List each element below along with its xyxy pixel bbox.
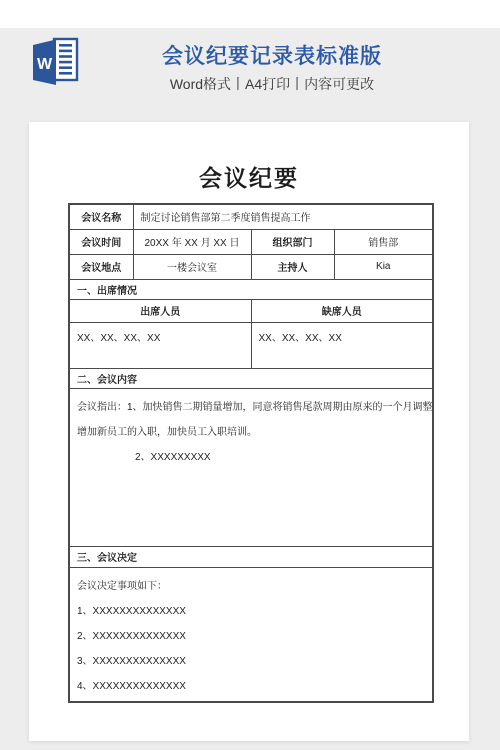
- table-row: 会议决定事项如下： 1、XXXXXXXXXXXXXX 2、XXXXXXXXXXX…: [69, 567, 433, 702]
- table-row: 会议名称 制定讨论销售部第二季度销售提高工作: [69, 204, 433, 229]
- meeting-time-label: 会议时间: [69, 229, 133, 254]
- page-title: 会议纪要记录表标准版: [0, 40, 500, 70]
- table-row: XX、XX、XX、XX XX、XX、XX、XX: [69, 322, 433, 368]
- section-heading-row: 一、出席情况: [69, 279, 433, 299]
- content-line: 会议指出：1、加快销售二期销量增加，同意将销售尾款周期由原来的一个月调整至两个月…: [77, 395, 425, 420]
- meeting-place-label: 会议地点: [69, 254, 133, 279]
- table-row: 会议时间 20XX 年 XX 月 XX 日 组织部门 销售部: [69, 229, 433, 254]
- host-value: Kia: [334, 254, 433, 279]
- content-cell: 会议指出：1、加快销售二期销量增加，同意将销售尾款周期由原来的一个月调整至两个月…: [69, 388, 433, 546]
- absent-value: XX、XX、XX、XX: [251, 322, 433, 368]
- attendance-section-heading: 一、出席情况: [69, 279, 433, 299]
- host-label: 主持人: [251, 254, 334, 279]
- decision-item: 3、XXXXXXXXXXXXXX: [77, 649, 425, 674]
- org-dept-value: 销售部: [334, 229, 433, 254]
- section-heading-row: 二、会议内容: [69, 368, 433, 388]
- decision-item: 4、XXXXXXXXXXXXXX: [77, 674, 425, 699]
- top-white-strip: [0, 0, 500, 28]
- template-preview: W 会议纪要记录表标准版 Word格式丨A4打印丨内容可更改 会议纪要 会议名称…: [0, 0, 500, 750]
- section-heading-row: 三、会议决定: [69, 546, 433, 567]
- meeting-name-label: 会议名称: [69, 204, 133, 229]
- org-dept-label: 组织部门: [251, 229, 334, 254]
- decision-section-heading: 三、会议决定: [69, 546, 433, 567]
- meeting-minutes-table: 会议名称 制定讨论销售部第二季度销售提高工作 会议时间 20XX 年 XX 月 …: [68, 203, 434, 703]
- present-value: XX、XX、XX、XX: [69, 322, 251, 368]
- meeting-place-value: 一楼会议室: [133, 254, 251, 279]
- content-line: 增加新员工的入职，加快员工入职培训。: [77, 420, 425, 445]
- decision-cell: 会议决定事项如下： 1、XXXXXXXXXXXXXX 2、XXXXXXXXXXX…: [69, 567, 433, 702]
- document-title: 会议纪要: [29, 160, 469, 193]
- absent-header: 缺席人员: [251, 299, 433, 322]
- decision-item: 1、XXXXXXXXXXXXXX: [77, 599, 425, 624]
- page-subtitle: Word格式丨A4打印丨内容可更改: [0, 74, 500, 94]
- meeting-name-value: 制定讨论销售部第二季度销售提高工作: [133, 204, 433, 229]
- table-row: 会议地点 一楼会议室 主持人 Kia: [69, 254, 433, 279]
- document-page: 会议纪要 会议名称 制定讨论销售部第二季度销售提高工作 会议时间 20XX 年 …: [29, 122, 469, 741]
- content-line: 2、XXXXXXXXX: [77, 445, 425, 470]
- table-row: 出席人员 缺席人员: [69, 299, 433, 322]
- decision-intro: 会议决定事项如下：: [77, 574, 425, 599]
- decision-item: 2、XXXXXXXXXXXXXX: [77, 624, 425, 649]
- table-row: 会议指出：1、加快销售二期销量增加，同意将销售尾款周期由原来的一个月调整至两个月…: [69, 388, 433, 546]
- content-section-heading: 二、会议内容: [69, 368, 433, 388]
- present-header: 出席人员: [69, 299, 251, 322]
- meeting-time-value: 20XX 年 XX 月 XX 日: [133, 229, 251, 254]
